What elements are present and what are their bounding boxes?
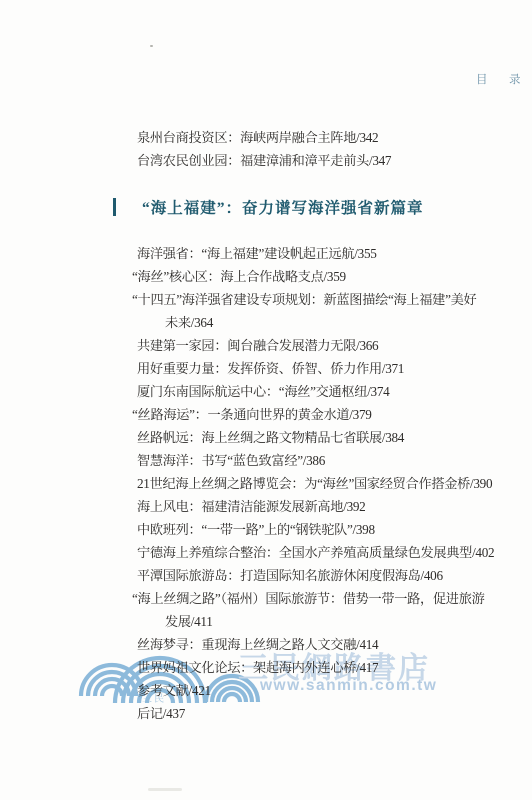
toc-entry: 用好重要力量：发挥侨资、侨智、侨力作用/371 — [137, 357, 494, 380]
chapter-title: “海上福建”：奋力谱写海洋强省新篇章 — [142, 200, 424, 217]
toc-entry: 泉州台商投资区：海峡两岸融合主阵地/342 — [137, 126, 391, 149]
toc-entry: “十四五”海洋强省建设专项规划：新蓝图描绘“海上福建”美好 — [132, 288, 494, 311]
toc-content: 泉州台商投资区：海峡两岸融合主阵地/342 台湾农民创业园：福建漳浦和漳平走前头… — [0, 0, 532, 800]
toc-entry: 共建第一家园：闽台融合发展潜力无限/366 — [137, 334, 494, 357]
toc-entry: 丝路帆远：海上丝绸之路文物精品七省联展/384 — [137, 426, 494, 449]
toc-entry: “海上丝绸之路”（福州）国际旅游节：借势一带一路，促进旅游 — [132, 587, 494, 610]
toc-entry-continuation: 发展/411 — [165, 610, 494, 633]
toc-entry: 海上风电：福建清洁能源发展新高地/392 — [137, 495, 494, 518]
toc-entry: 参考文献/421 — [137, 679, 494, 702]
toc-entry: “丝路海运”：一条通向世界的黄金水道/379 — [132, 403, 494, 426]
toc-entry: 21世纪海上丝绸之路博览会：为“海丝”国家经贸合作搭金桥/390 — [137, 472, 494, 495]
toc-entry: 平潭国际旅游岛：打造国际知名旅游休闲度假海岛/406 — [137, 564, 494, 587]
toc-entry: 台湾农民创业园：福建漳浦和漳平走前头/347 — [137, 149, 391, 172]
toc-entry: 厦门东南国际航运中心：“海丝”交通枢纽/374 — [137, 380, 494, 403]
page-header-title: 目 录 — [476, 71, 526, 87]
toc-entry: 海洋强省：“海上福建”建设帆起正远航/355 — [137, 242, 494, 265]
book-toc-page: 目 录 三民網路書店 三民 www.sanmin.com.tw 泉州台商投资区：… — [0, 0, 532, 800]
toc-entry: 世界妈祖文化论坛：架起海内外连心桥/417 — [137, 656, 494, 679]
toc-entry: 后记/437 — [137, 702, 494, 725]
previous-chapter-entries: 泉州台商投资区：海峡两岸融合主阵地/342 台湾农民创业园：福建漳浦和漳平走前头… — [137, 126, 391, 172]
toc-entry: 智慧海洋：书写“蓝色致富经”/386 — [137, 449, 494, 472]
toc-entry: 中欧班列：“一带一路”上的“钢铁驼队”/398 — [137, 518, 494, 541]
chapter-accent-bar — [113, 198, 116, 216]
toc-entry-list: 海洋强省：“海上福建”建设帆起正远航/355 “海丝”核心区：海上合作战略支点/… — [137, 242, 494, 725]
toc-entry: 宁德海上养殖综合整治：全国水产养殖高质量绿色发展典型/402 — [137, 541, 494, 564]
chapter-heading: “海上福建”：奋力谱写海洋强省新篇章 — [113, 197, 424, 221]
toc-entry-continuation: 未来/364 — [165, 311, 494, 334]
toc-entry: “海丝”核心区：海上合作战略支点/359 — [132, 265, 494, 288]
toc-entry: 丝海梦寻：重现海上丝绸之路人文交融/414 — [137, 633, 494, 656]
